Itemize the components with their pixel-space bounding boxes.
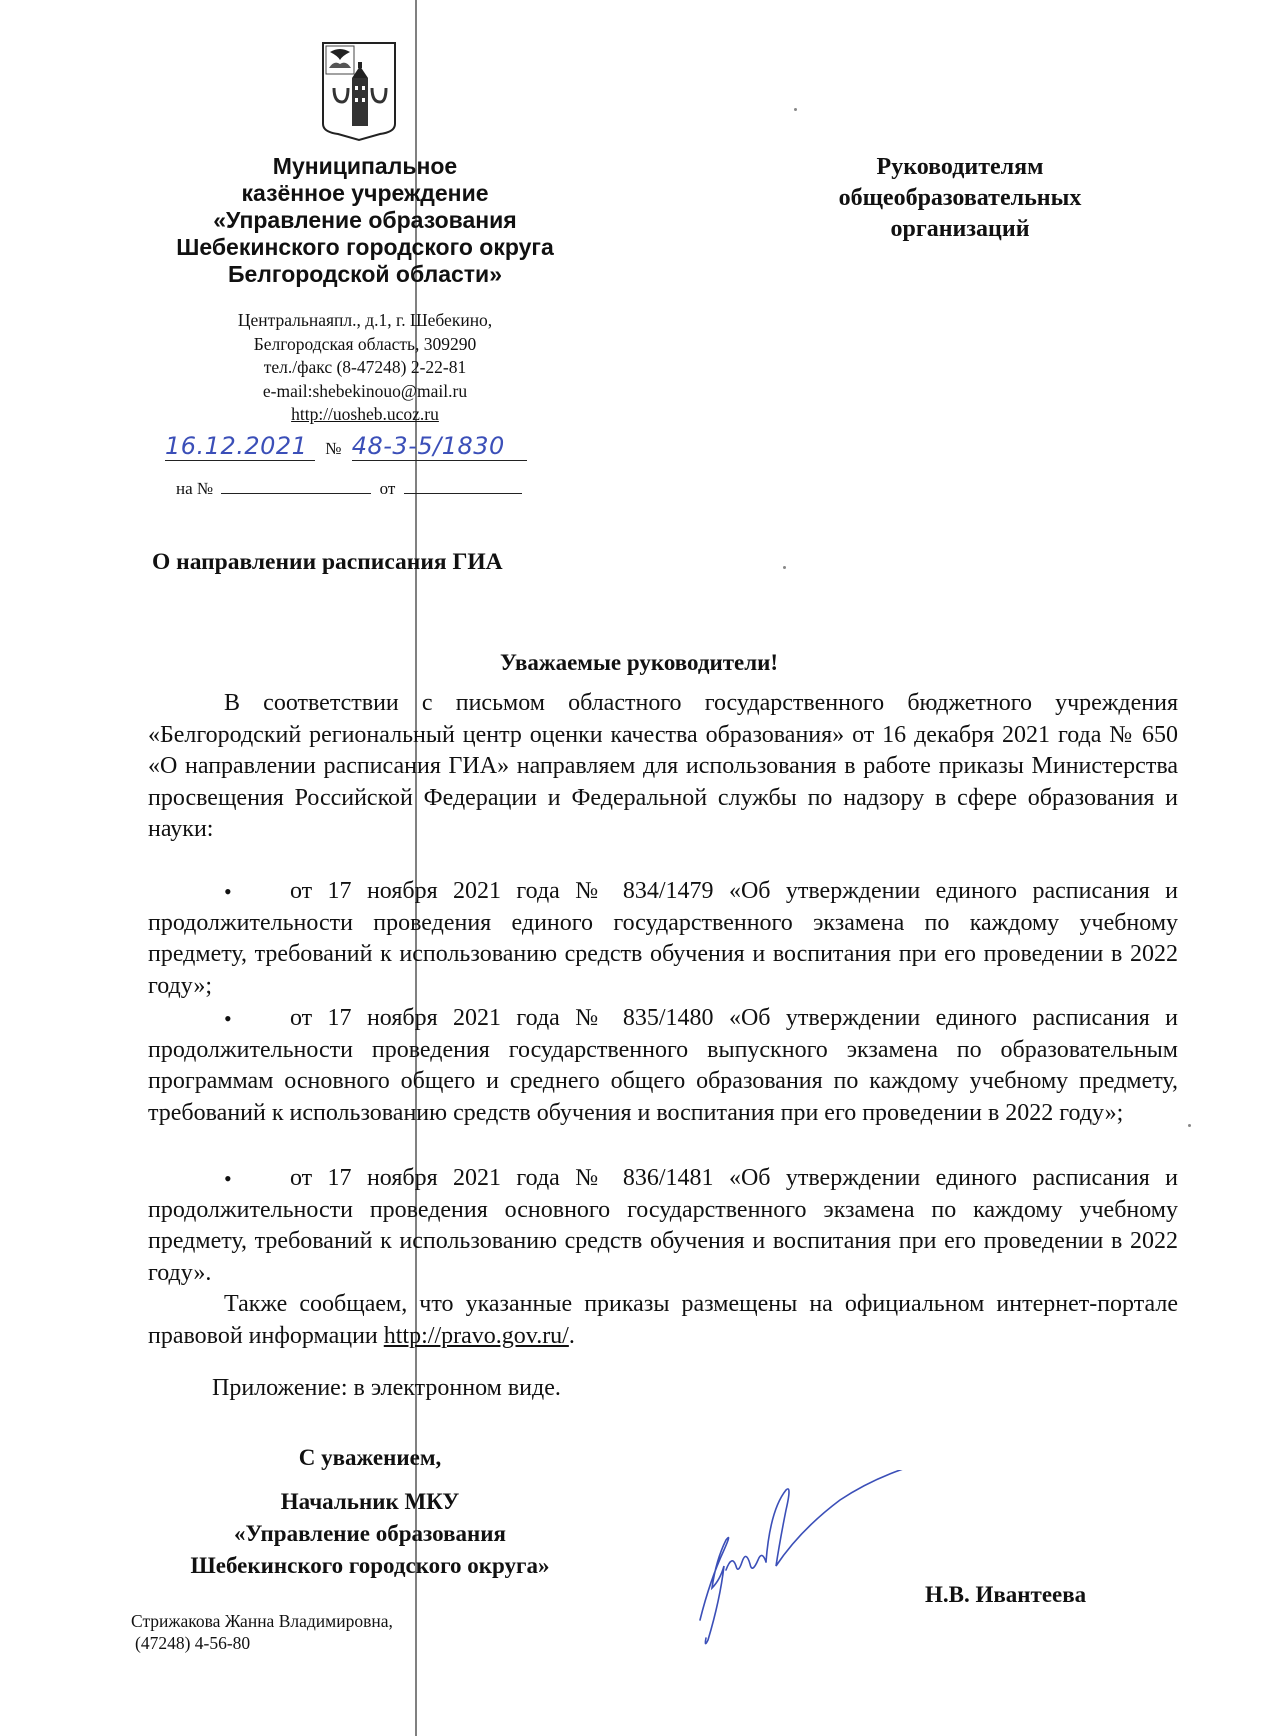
executor-phone: (47248) 4-56-80 — [131, 1632, 393, 1654]
greeting: Уважаемые руководители! — [500, 650, 778, 676]
intro-text: В соответствии с письмом областного госу… — [148, 688, 1178, 846]
organization-name: Муниципальное казённое учреждение «Управ… — [140, 153, 590, 288]
org-line: Муниципальное — [140, 153, 590, 180]
scan-speck — [1188, 1124, 1191, 1127]
signer-name: Н.В. Ивантеева — [925, 1582, 1086, 1608]
scan-speck — [794, 108, 797, 111]
address-line: Белгородская область, 309290 — [150, 333, 580, 357]
order-list-item: • от 17 ноября 2021 года № 836/1481 «Об … — [148, 1163, 1178, 1289]
order-text: от 17 ноября 2021 года № 835/1480 «Об ут… — [148, 1005, 1178, 1126]
reply-to-field — [221, 477, 371, 494]
bullet-icon: • — [224, 876, 232, 908]
scan-speck — [783, 566, 786, 569]
reply-to-label: на № — [176, 479, 213, 498]
position-line: Шебекинского городского округа» — [140, 1550, 600, 1582]
regards-line: С уважением, — [140, 1442, 600, 1474]
org-line: Белгородской области» — [140, 261, 590, 288]
pravo-link[interactable]: http://pravo.gov.ru/ — [384, 1323, 569, 1349]
order-text: от 17 ноября 2021 года № 834/1479 «Об ут… — [148, 878, 1178, 999]
email-line: e-mail:shebekinouo@mail.ru — [150, 380, 580, 404]
executor-info: Стрижакова Жанна Владимировна, (47248) 4… — [131, 1610, 393, 1654]
closing-text: Также сообщаем, что указанные приказы ра… — [148, 1291, 1178, 1349]
order-list-item: • от 17 ноября 2021 года № 835/1480 «Об … — [148, 1003, 1178, 1129]
organization-address: Центральнаяпл., д.1, г. Шебекино, Белгор… — [150, 309, 580, 427]
signature-block: С уважением, Начальник МКУ «Управление о… — [140, 1442, 600, 1582]
phone-line: тел./факс (8-47248) 2-22-81 — [150, 356, 580, 380]
org-line: Шебекинского городского округа — [140, 234, 590, 261]
from-label: от — [380, 479, 396, 498]
org-line: казённое учреждение — [140, 180, 590, 207]
closing-paragraph: Также сообщаем, что указанные приказы ра… — [148, 1289, 1178, 1352]
addressee-line: организаций — [760, 214, 1160, 245]
attachment-note: Приложение: в электронном виде. — [212, 1375, 561, 1402]
coat-of-arms-icon — [320, 40, 398, 146]
body-intro-paragraph: В соответствии с письмом областного госу… — [148, 688, 1178, 846]
from-field — [404, 477, 522, 494]
order-list-item: • от 17 ноября 2021 года № 834/1479 «Об … — [148, 876, 1178, 1002]
position-line: «Управление образования — [140, 1518, 600, 1550]
handwritten-signature-icon — [680, 1470, 920, 1660]
bullet-icon: • — [224, 1003, 232, 1035]
addressee: Руководителям общеобразовательных органи… — [760, 152, 1160, 245]
address-line: Центральнаяпл., д.1, г. Шебекино, — [150, 309, 580, 333]
registration-number: 48-3-5/1830 — [352, 432, 527, 461]
addressee-line: Руководителям — [760, 152, 1160, 183]
reply-reference-row: на № от — [176, 477, 556, 499]
position-line: Начальник МКУ — [140, 1486, 600, 1518]
registration-row: 16.12.2021 № 48-3-5/1830 — [165, 432, 545, 464]
website-link[interactable]: http://uosheb.ucoz.ru — [291, 404, 439, 424]
order-text: от 17 ноября 2021 года № 836/1481 «Об ут… — [148, 1165, 1178, 1286]
letter-subject: О направлении расписания ГИА — [152, 549, 503, 576]
addressee-line: общеобразовательных — [760, 183, 1160, 214]
registration-date: 16.12.2021 — [165, 432, 315, 461]
closing-period: . — [569, 1323, 575, 1349]
executor-name: Стрижакова Жанна Владимировна, — [131, 1610, 393, 1632]
org-line: «Управление образования — [140, 207, 590, 234]
number-label: № — [325, 439, 341, 458]
bullet-icon: • — [224, 1163, 232, 1195]
